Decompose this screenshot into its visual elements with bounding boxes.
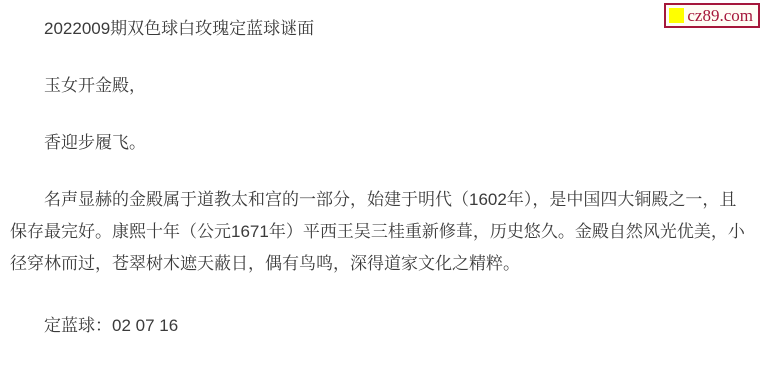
riddle-line-1: 玉女开金殿， <box>10 70 750 102</box>
article-title: 2022009期双色球白玫瑰定蓝球谜面 <box>10 13 750 45</box>
riddle-line-2: 香迎步履飞。 <box>10 127 750 159</box>
site-logo[interactable]: cz89.com <box>664 3 760 28</box>
blue-ball-result: 定蓝球：02 07 16 <box>10 310 750 342</box>
article-page: cz89.com 2022009期双色球白玫瑰定蓝球谜面 玉女开金殿， 香迎步履… <box>0 13 762 342</box>
logo-text: cz89.com <box>687 7 753 24</box>
article-paragraph: 名声显赫的金殿属于道教太和宫的一部分，始建于明代（1602年），是中国四大铜殿之… <box>10 184 750 280</box>
logo-square-icon <box>669 8 684 23</box>
article-content: 2022009期双色球白玫瑰定蓝球谜面 玉女开金殿， 香迎步履飞。 名声显赫的金… <box>0 13 762 342</box>
